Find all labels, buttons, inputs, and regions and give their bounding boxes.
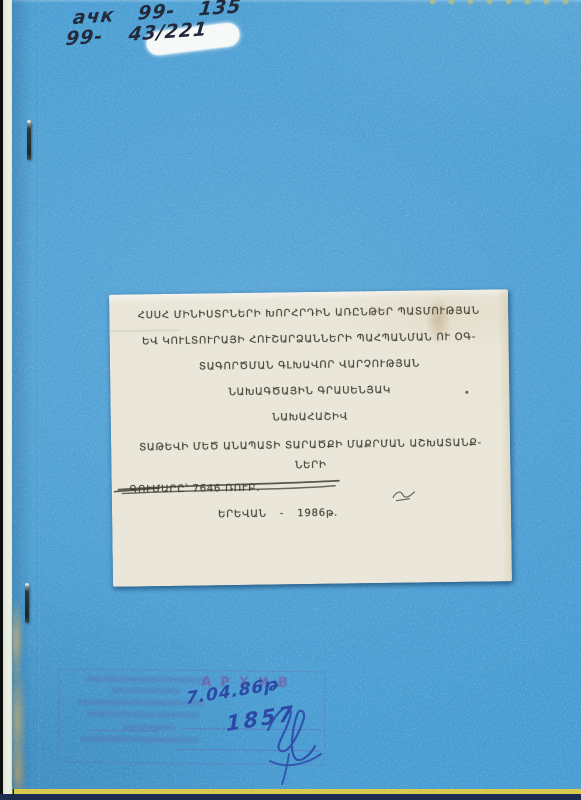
label-wrinkle [109, 330, 179, 332]
stamp-faint-text-line [81, 736, 199, 743]
label-org-line-4: ՆԱԽԱԳԾԱՅԻՆ ԳՐԱՍԵՆՅԱԿ [110, 383, 509, 400]
vertical-fold-crease [37, 0, 39, 789]
scanned-document-cover: { "colors": { "cover-blue": "#4a9ed3", "… [0, 0, 581, 800]
stamp-faint-text-line [85, 676, 205, 683]
label-subject-line-2: ՆԵՐԻ [111, 457, 510, 474]
label-org-line-2: ԵՎ ԿՈՒԼՏՈՒՐԱՅԻ ՀՈՒՇԱՐՁԱՆՆԵՐԻ ՊԱՀՊԱՆՄԱՆ Ո… [110, 331, 509, 348]
stamp-faint-text-line [111, 687, 181, 694]
worn-left-edge-patches [12, 598, 28, 790]
pasted-title-label: ՀՍՍՀ ՄԻՆԻՍՏՐՆԵՐԻ ԽՈՐՀՐԴԻՆ ԱՌԸՆԹԵՐ ՊԱՏՄՈՒ… [109, 289, 512, 587]
label-title: ՆԱԽԱՀԱՇԻՎ [111, 409, 510, 426]
signature-scribble [258, 698, 336, 786]
staple-bottom [25, 585, 29, 623]
stamp-faint-text-line [87, 711, 199, 718]
strikethrough-pen-marks [114, 475, 352, 498]
pencil-squiggle-mark [390, 489, 418, 503]
stamp-rule-line [87, 730, 159, 732]
label-subject-line-1: ՏԱԹԵՎԻ ՄԵԾ ԱՆԱՊԱՏԻ ՏԱՐԱԾՔԻ ՄԱՔՐՄԱՆ ԱՇԽԱՏ… [111, 437, 510, 454]
worn-top-edge-flecks [430, 0, 581, 4]
scan-bottom-dark-strip [0, 794, 581, 800]
label-place-year: ԵՐԵՎԱՆ - 1986թ. [218, 508, 338, 521]
label-org-line-3: ՏԱԳՈՐԾՄԱՆ ԳԼԽԱՎՈՐ ՎԱՐՉՈՒԹՅԱՆ [110, 357, 509, 374]
staple-top [27, 122, 31, 160]
